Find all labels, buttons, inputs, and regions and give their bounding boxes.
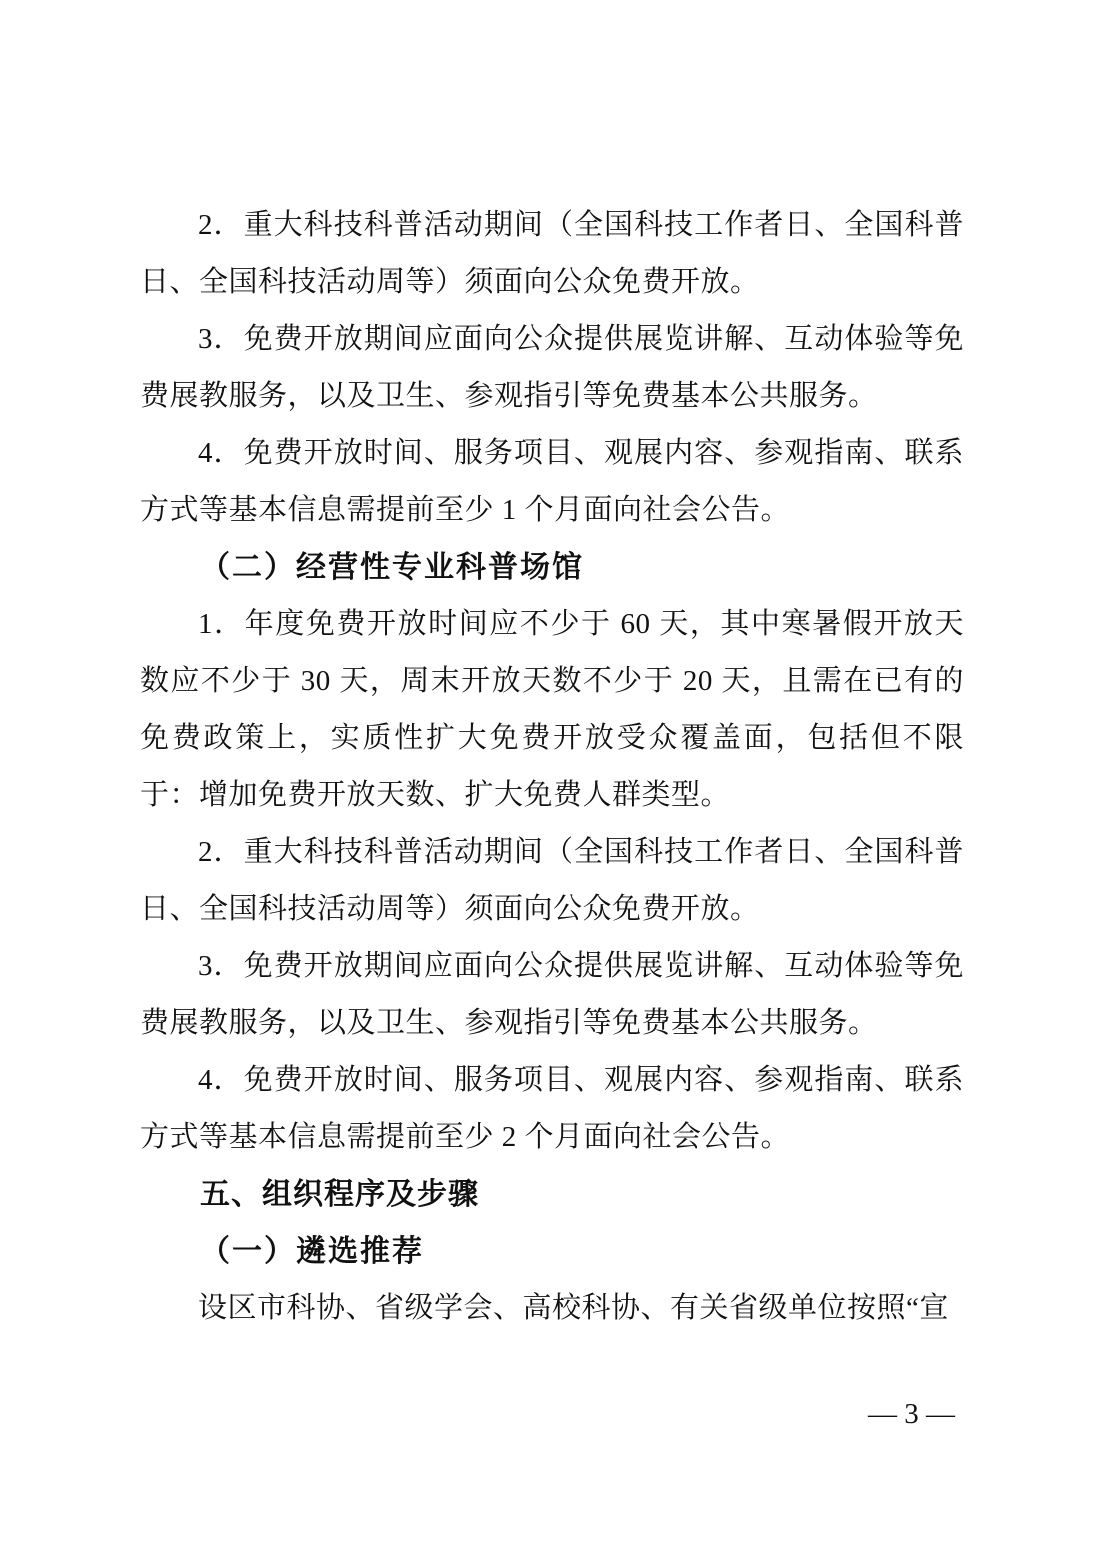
- paragraph-announcement-1-month: 4．免费开放时间、服务项目、观展内容、参观指南、联系方式等基本信息需提前至少 1…: [140, 425, 964, 539]
- page-number: — 3 —: [868, 1398, 955, 1430]
- document-body: 2．重大科技科普活动期间（全国科技工作者日、全国科普日、全国科技活动周等）须面向…: [140, 197, 964, 1337]
- paragraph-free-open-major-events: 2．重大科技科普活动期间（全国科技工作者日、全国科普日、全国科技活动周等）须面向…: [140, 197, 964, 311]
- document-page: 2．重大科技科普活动期间（全国科技工作者日、全国科普日、全国科技活动周等）须面向…: [0, 0, 1102, 1559]
- paragraph-announcement-2-months: 4．免费开放时间、服务项目、观展内容、参观指南、联系方式等基本信息需提前至少 2…: [140, 1052, 964, 1166]
- paragraph-recommendation-start: 设区市科协、省级学会、高校科协、有关省级单位按照“宣: [140, 1280, 964, 1337]
- paragraph-annual-open-days: 1．年度免费开放时间应不少于 60 天，其中寒暑假开放天数应不少于 30 天，周…: [140, 596, 964, 824]
- paragraph-free-services-2: 3．免费开放期间应面向公众提供展览讲解、互动体验等免费展教服务，以及卫生、参观指…: [140, 938, 964, 1052]
- paragraph-free-services: 3．免费开放期间应面向公众提供展览讲解、互动体验等免费展教服务，以及卫生、参观指…: [140, 311, 964, 425]
- page-footer: — 3 —: [868, 1392, 955, 1437]
- section-heading-selection: （一）遴选推荐: [140, 1223, 964, 1280]
- paragraph-free-open-major-events-2: 2．重大科技科普活动期间（全国科技工作者日、全国科普日、全国科技活动周等）须面向…: [140, 824, 964, 938]
- section-heading-commercial-venues: （二）经营性专业科普场馆: [140, 539, 964, 596]
- chapter-heading-procedures: 五、组织程序及步骤: [140, 1166, 964, 1223]
